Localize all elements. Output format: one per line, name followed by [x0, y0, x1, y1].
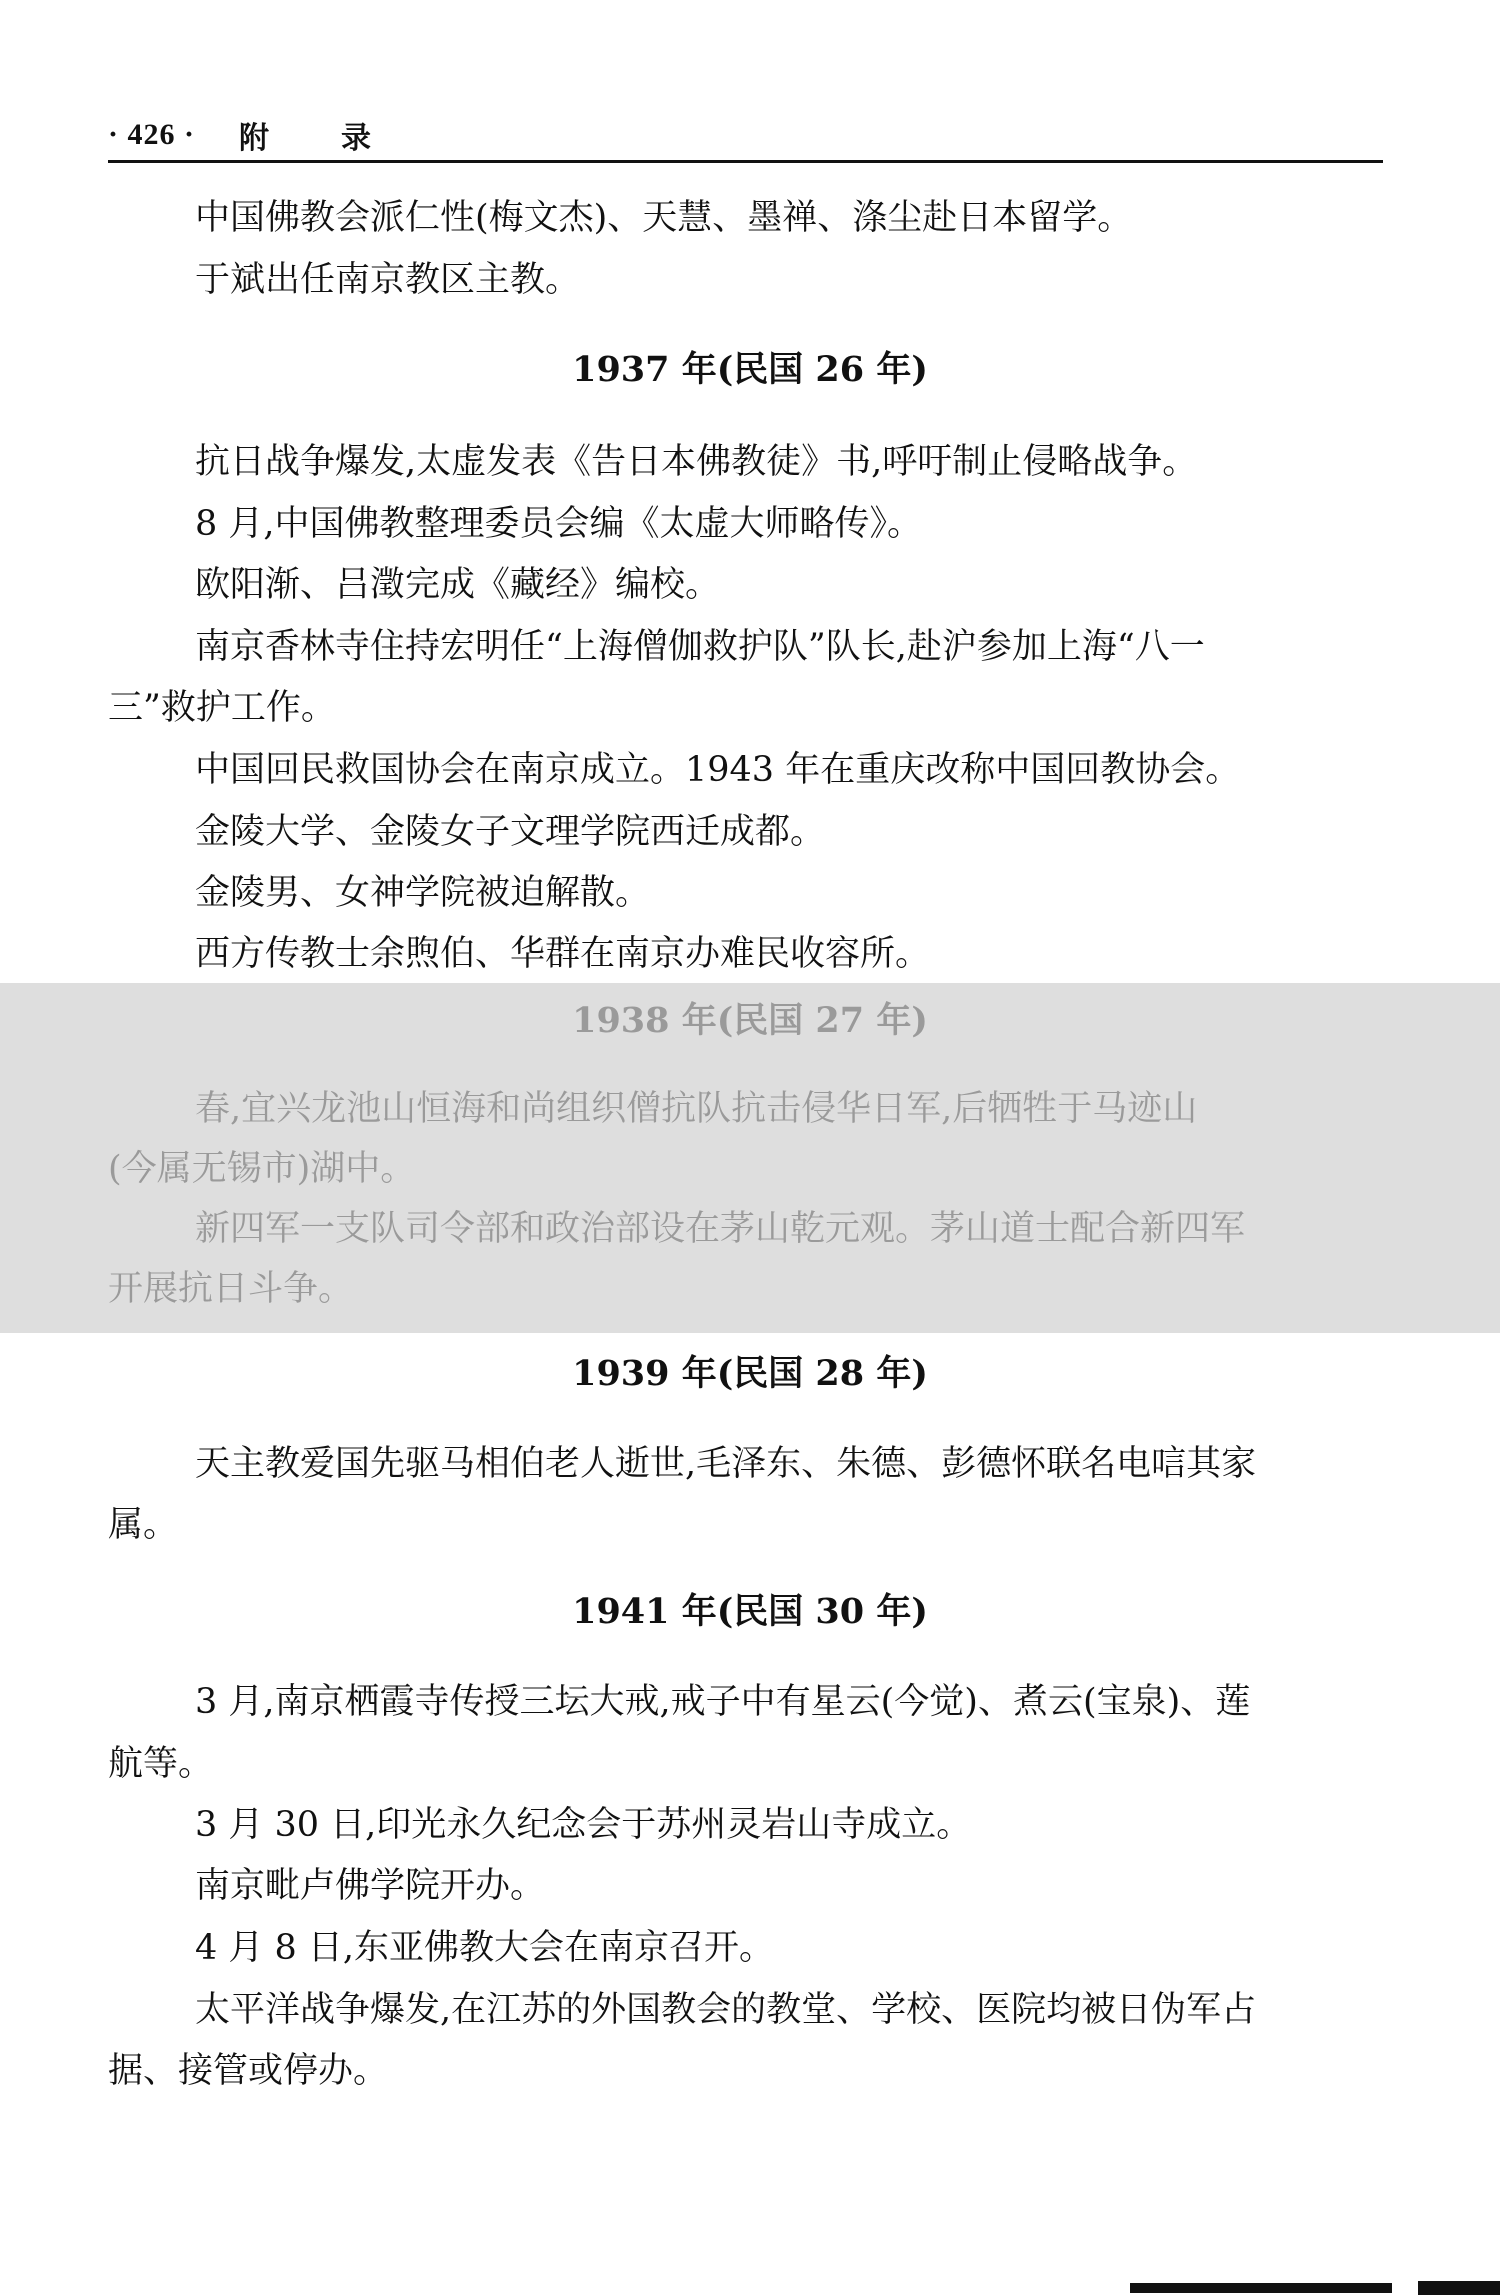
paragraph-line: 抗日战争爆发,太虚发表《告日本佛教徒》书,呼吁制止侵略战争。: [195, 440, 1197, 484]
running-header: · 426 · 附录: [108, 110, 443, 160]
year-heading: 1939 年(民国 28 年): [0, 1352, 1500, 1396]
paragraph-line: 4 月 8 日,东亚佛教大会在南京召开。: [195, 1926, 774, 1970]
paragraph-line: 于斌出任南京教区主教。: [195, 258, 580, 302]
paragraph-line: 据、接管或停办。: [108, 2049, 388, 2093]
header-rule: [108, 160, 1383, 163]
paragraph-line: 新四军一支队司令部和政治部设在茅山乾元观。茅山道士配合新四军: [195, 1207, 1245, 1251]
paragraph-line: 航等。: [108, 1742, 213, 1786]
section-title: 附录: [239, 113, 443, 157]
paragraph-line: 金陵男、女神学院被迫解散。: [195, 871, 650, 915]
paragraph-line: 欧阳渐、吕澂完成《藏经》编校。: [195, 563, 720, 607]
year-heading: 1941 年(民国 30 年): [0, 1590, 1500, 1634]
paragraph-line: 3 月 30 日,印光永久纪念会于苏州灵岩山寺成立。: [195, 1803, 971, 1847]
paragraph-line: 南京香林寺住持宏明任“上海僧伽救护队”队长,赴沪参加上海“八一: [195, 625, 1205, 669]
paragraph-line: 南京毗卢佛学院开办。: [195, 1864, 545, 1908]
scan-edge-mark: [1418, 2281, 1500, 2295]
paragraph-line: 三”救护工作。: [108, 686, 336, 730]
paragraph-line: 中国佛教会派仁性(梅文杰)、天慧、墨禅、涤尘赴日本留学。: [195, 196, 1132, 240]
page-number: · 426 ·: [108, 118, 195, 152]
year-heading: 1937 年(民国 26 年): [0, 348, 1500, 392]
paragraph-line: 中国回民救国协会在南京成立。1943 年在重庆改称中国回教协会。: [195, 748, 1240, 792]
year-heading: 1938 年(民国 27 年): [0, 999, 1500, 1043]
paragraph-line: 天主教爱国先驱马相伯老人逝世,毛泽东、朱德、彭德怀联名电唁其家: [195, 1442, 1256, 1486]
highlight-band: 1938 年(民国 27 年) 春,宜兴龙池山恒海和尚组织僧抗队抗击侵华日军,后…: [0, 983, 1500, 1333]
paragraph-line: 金陵大学、金陵女子文理学院西迁成都。: [195, 810, 825, 854]
paragraph-line: 属。: [108, 1503, 178, 1547]
paragraph-line: 3 月,南京栖霞寺传授三坛大戒,戒子中有星云(今觉)、煮云(宝泉)、莲: [195, 1680, 1250, 1724]
paragraph-line: 8 月,中国佛教整理委员会编《太虚大师略传》。: [195, 502, 922, 546]
scan-edge-mark: [1130, 2283, 1392, 2293]
paragraph-line: 春,宜兴龙池山恒海和尚组织僧抗队抗击侵华日军,后牺牲于马迹山: [195, 1087, 1197, 1131]
paragraph-line: 开展抗日斗争。: [108, 1267, 353, 1311]
paragraph-line: (今属无锡市)湖中。: [108, 1147, 415, 1191]
paragraph-line: 西方传教士余煦伯、华群在南京办难民收容所。: [195, 932, 930, 976]
paragraph-line: 太平洋战争爆发,在江苏的外国教会的教堂、学校、医院均被日伪军占: [195, 1988, 1256, 2032]
